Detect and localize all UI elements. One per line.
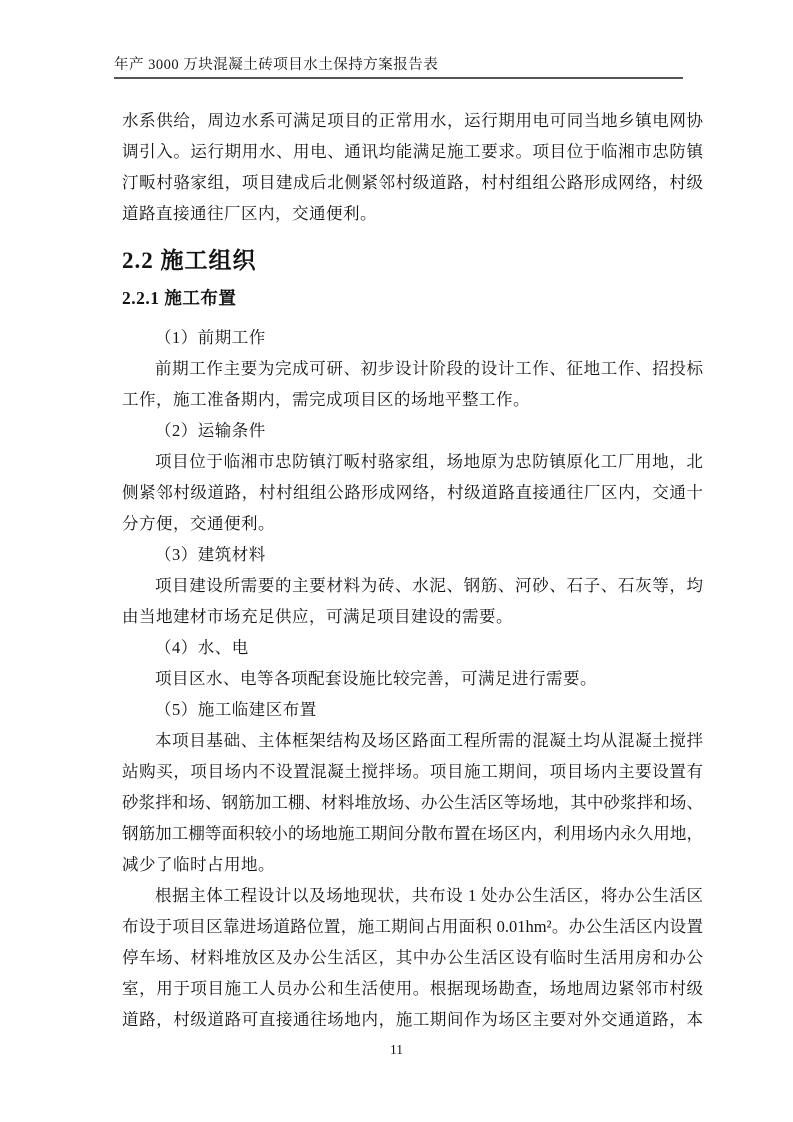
paragraph-6-line: 根据主体工程设计以及场地现状，共布设 1 处办公生活区，将办公生活区 bbox=[122, 880, 703, 911]
header-divider bbox=[114, 77, 683, 79]
paragraph-4-line: 项目区水、电等各项配套设施比较完善，可满足进行需要。 bbox=[122, 663, 703, 694]
paragraph-6-line: 道路，村级道路可直接通往场地内，施工期间作为场区主要对外交通道路，本 bbox=[122, 1004, 703, 1035]
list-item-5-label: （5）施工临建区布置 bbox=[122, 694, 703, 725]
paragraph-5-line: 钢筋加工棚等面积较小的场地施工期间分散布置在场区内，利用场内永久用地， bbox=[122, 818, 703, 849]
list-item-3-label: （3）建筑材料 bbox=[122, 539, 703, 570]
document-page: 年产 3000 万块混凝土砖项目水土保持方案报告表 水系供给，周边水系可满足项目… bbox=[0, 0, 793, 1122]
page-number: 11 bbox=[390, 1042, 403, 1057]
paragraph-6-line: 布设于项目区靠进场道路位置，施工期间占用面积 0.01hm²。办公生活区内设置 bbox=[122, 911, 703, 942]
paragraph-2-line: 项目位于临湘市忠防镇汀畈村骆家组，场地原为忠防镇原化工厂用地，北 bbox=[122, 446, 703, 477]
paragraph-1-line: 工作，施工准备期内，需完成项目区的场地平整工作。 bbox=[122, 384, 703, 415]
list-item-1-label: （1）前期工作 bbox=[122, 322, 703, 353]
intro-paragraph-line: 汀畈村骆家组，项目建成后北侧紧邻村级道路，村村组组公路形成网络，村级 bbox=[122, 167, 703, 198]
paragraph-3-line: 由当地建材市场充足供应，可满足项目建设的需要。 bbox=[122, 601, 703, 632]
section-heading: 2.2 施工组织 bbox=[122, 246, 703, 276]
list-item-2-label: （2）运输条件 bbox=[122, 415, 703, 446]
paragraph-5-line: 减少了临时占用地。 bbox=[122, 849, 703, 880]
paragraph-6-line: 室，用于项目施工人员办公和生活使用。根据现场勘查，场地周边紧邻市村级 bbox=[122, 973, 703, 1004]
paragraph-5-line: 本项目基础、主体框架结构及场区路面工程所需的混凝土均从混凝土搅拌 bbox=[122, 725, 703, 756]
intro-paragraph-line: 道路直接通往厂区内，交通便利。 bbox=[122, 198, 703, 229]
paragraph-1-line: 前期工作主要为完成可研、初步设计阶段的设计工作、征地工作、招投标 bbox=[122, 353, 703, 384]
paragraph-5-line: 砂浆拌和场、钢筋加工棚、材料堆放场、办公生活区等场地，其中砂浆拌和场、 bbox=[122, 787, 703, 818]
list-item-4-label: （4）水、电 bbox=[122, 632, 703, 663]
subsection-heading: 2.2.1 施工布置 bbox=[122, 286, 703, 310]
paragraph-2-line: 侧紧邻村级道路，村村组组公路形成网络，村级道路直接通往厂区内，交通十 bbox=[122, 477, 703, 508]
intro-paragraph-line: 水系供给，周边水系可满足项目的正常用水，运行期用电可同当地乡镇电网协 bbox=[122, 105, 703, 136]
paragraph-3-line: 项目建设所需要的主要材料为砖、水泥、钢筋、河砂、石子、石灰等，均 bbox=[122, 570, 703, 601]
header-title: 年产 3000 万块混凝土砖项目水土保持方案报告表 bbox=[114, 56, 683, 75]
page-footer: 11 bbox=[0, 1041, 793, 1058]
document-body: 水系供给，周边水系可满足项目的正常用水，运行期用电可同当地乡镇电网协 调引入。运… bbox=[122, 105, 703, 1035]
paragraph-5-line: 站购买，项目场内不设置混凝土搅拌场。项目施工期间，项目场内主要设置有 bbox=[122, 756, 703, 787]
paragraph-2-line: 分方便，交通便利。 bbox=[122, 508, 703, 539]
intro-paragraph-line: 调引入。运行期用水、用电、通讯均能满足施工要求。项目位于临湘市忠防镇 bbox=[122, 136, 703, 167]
paragraph-6-line: 停车场、材料堆放区及办公生活区，其中办公生活区设有临时生活用房和办公 bbox=[122, 942, 703, 973]
page-header: 年产 3000 万块混凝土砖项目水土保持方案报告表 bbox=[114, 56, 683, 79]
